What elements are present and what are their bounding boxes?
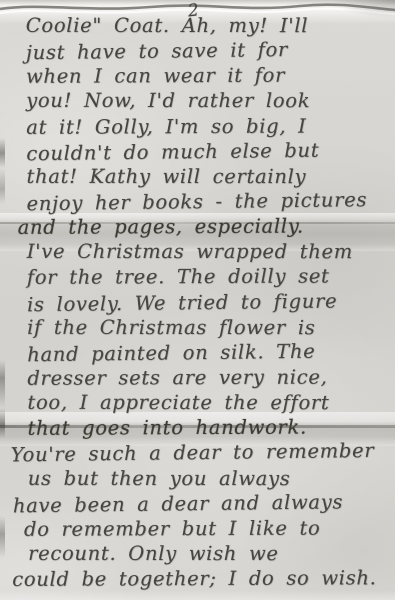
handwritten-line: that goes into handwork. [27,414,391,441]
handwritten-line: hand painted on silk. The [27,338,391,368]
handwritten-line: You're such a dear to remember [11,438,392,468]
handwritten-line: if the Christmas flower is [27,315,391,340]
handwritten-line: when I can wear it for [26,62,390,89]
handwritten-line: at it! Golly, I'm so big, I [26,113,390,140]
handwritten-line: that! Kathy will certainly [26,164,390,189]
letter-body: Coolie" Coat. Ah, my! I'lljust have to s… [26,12,393,592]
handwritten-line: have been a dear and always [13,488,392,518]
handwritten-line: recount. Only wish we [28,541,392,566]
handwritten-line: couldn't do much else but [26,136,390,166]
letter-page: 2 Coolie" Coat. Ah, my! I'lljust have to… [0,0,395,600]
handwritten-line: enjoy her books - the pictures [26,187,390,217]
handwritten-line: I've Christmas wrapped them [27,239,391,264]
handwritten-line: is lovely. We tried to figure [27,287,391,317]
handwritten-line: could be together; I do so wish. [12,565,392,592]
handwritten-line: do remember but I like to [24,515,392,542]
handwritten-line: you! Now, I'd rather look [26,88,390,113]
handwritten-line: and the pages, especially. [18,213,391,240]
handwritten-line: for the tree. The doilly set [27,264,391,291]
handwritten-line: just have to save it for [26,36,390,66]
handwritten-line: Coolie" Coat. Ah, my! I'll [26,13,390,38]
torn-left-edge [0,0,5,600]
handwritten-line: dresser sets are very nice, [27,364,391,391]
handwritten-line: us but then you always [28,465,392,490]
handwritten-line: too, I appreciate the effort [27,390,391,415]
